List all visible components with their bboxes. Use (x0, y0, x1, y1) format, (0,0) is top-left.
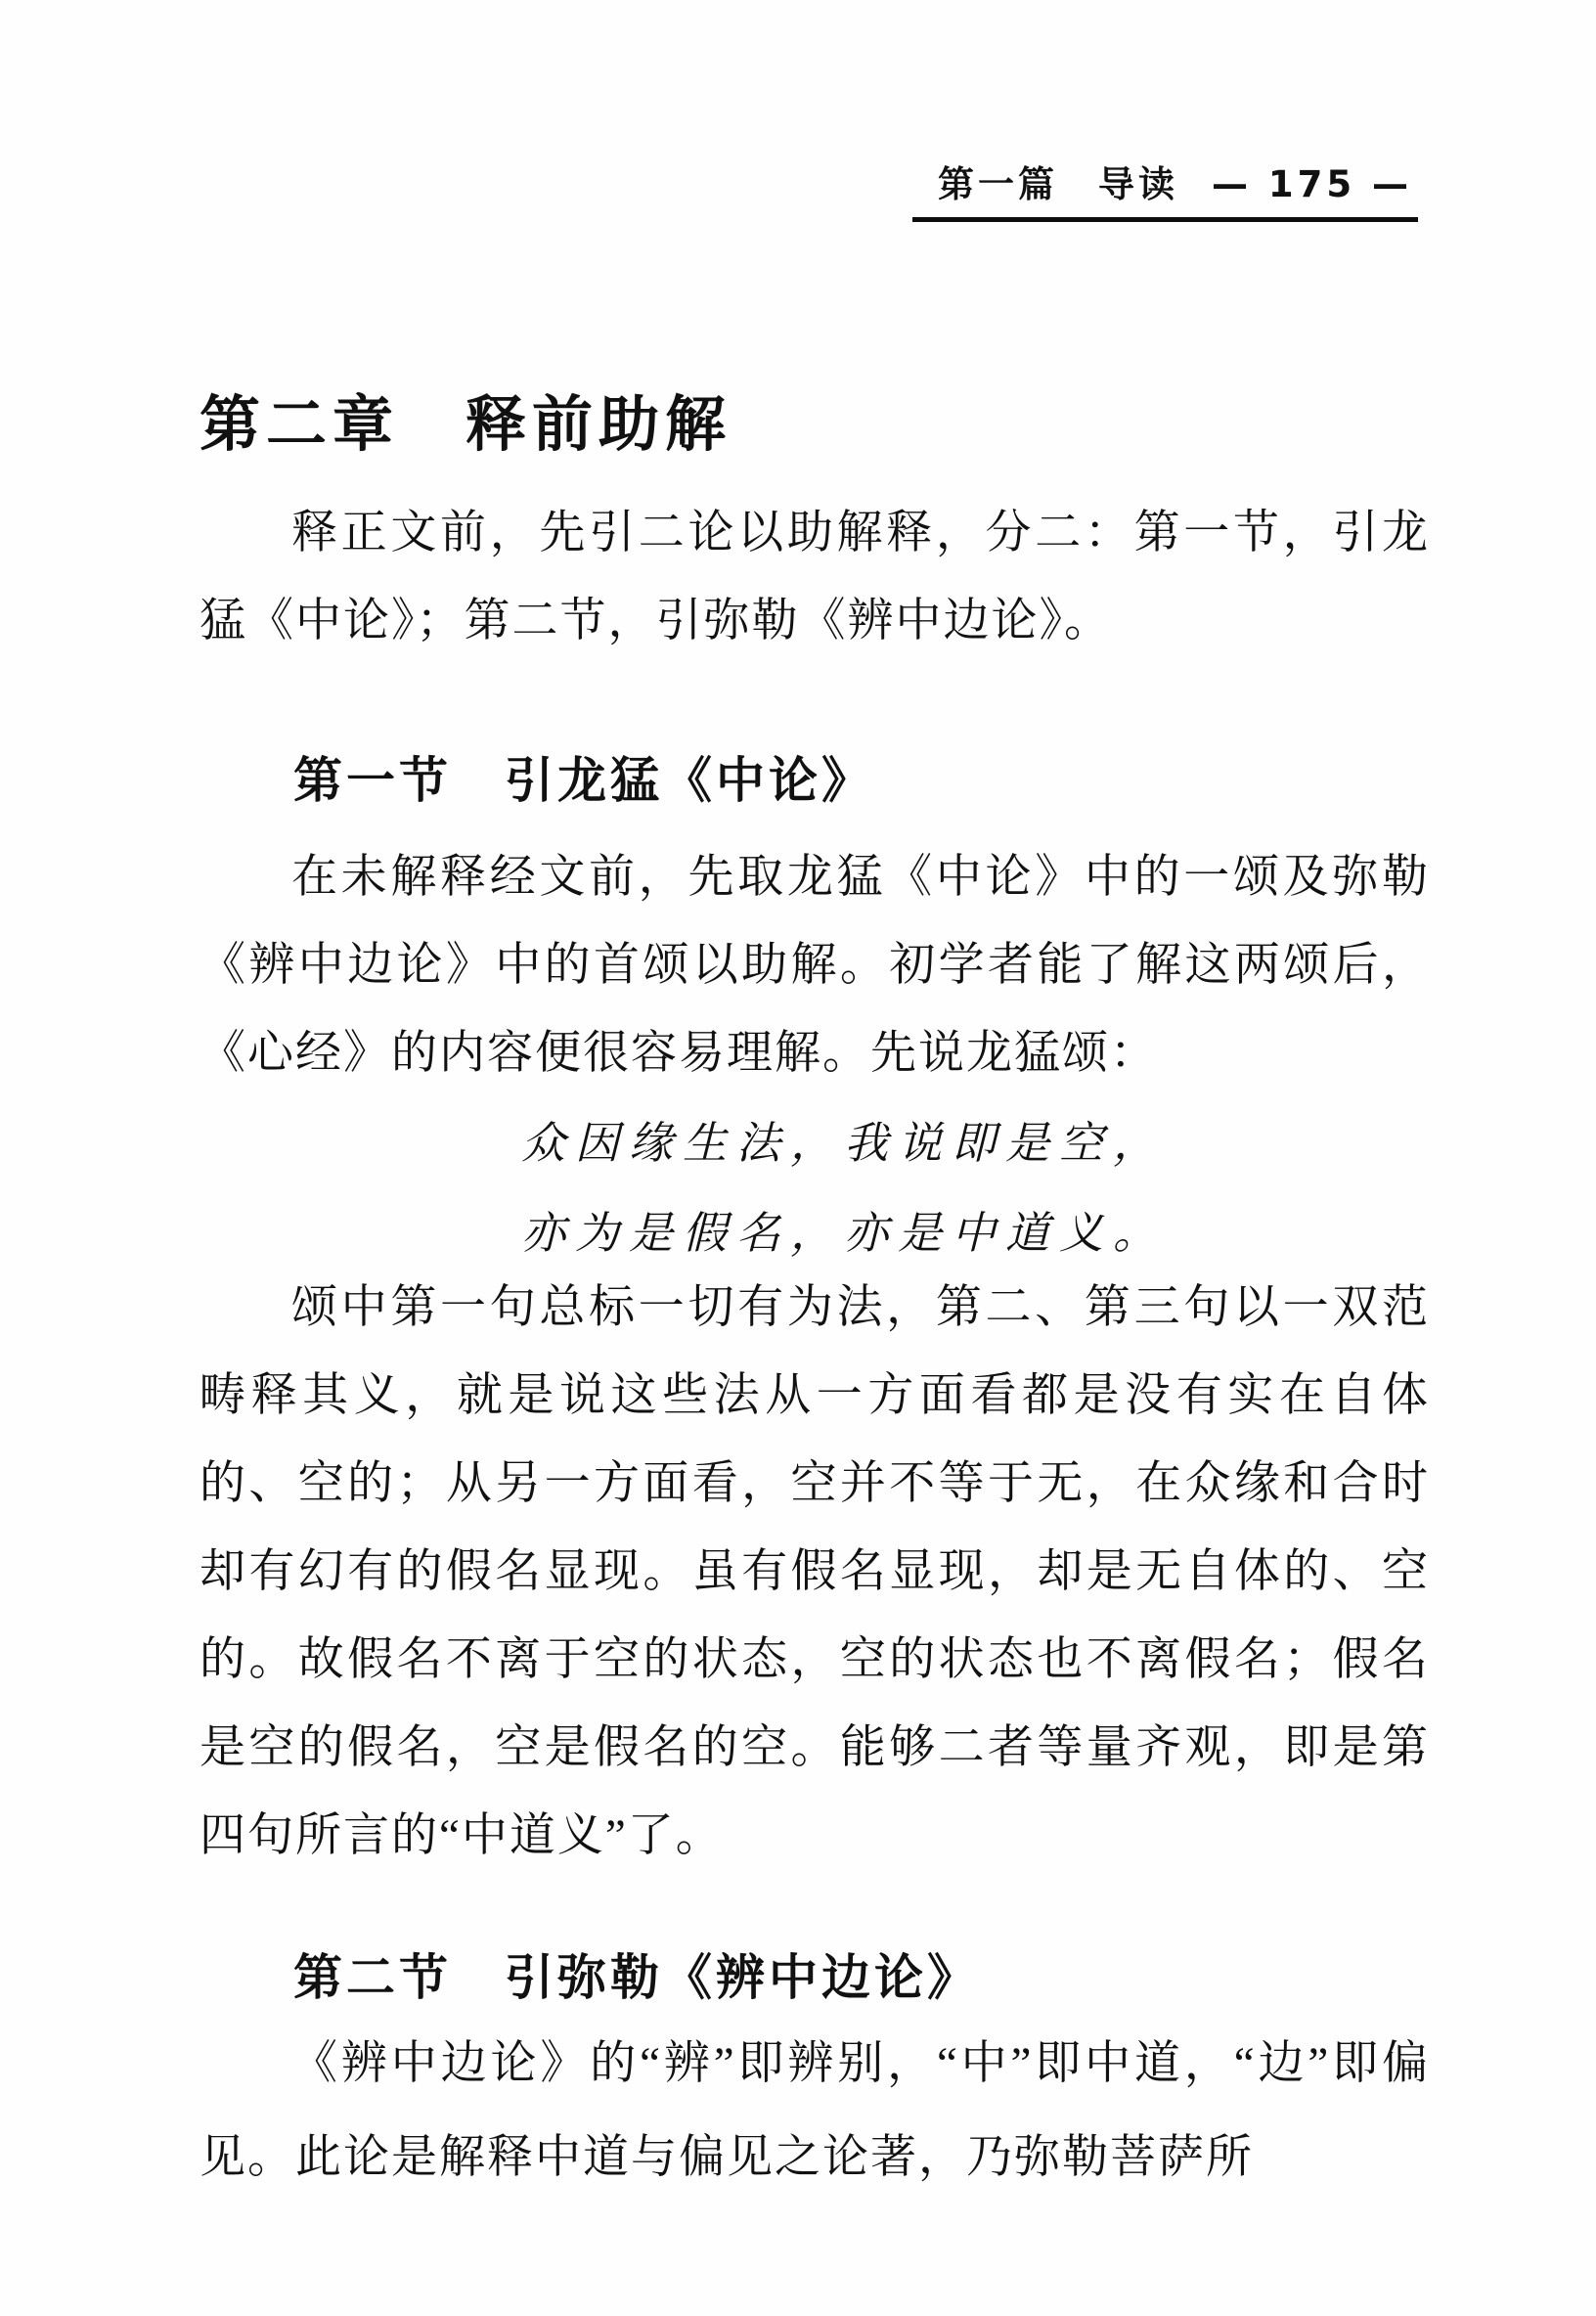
page-number: — 175 — (1212, 163, 1412, 205)
book-page: 第一篇 导读— 175 — 第二章 释前助解 释正文前，先引二论以助解释，分二：… (0, 0, 1596, 2316)
section2-heading-block: 第二节 引弥勒《辨中边论》 (199, 1938, 1430, 2009)
verse-block: 众因缘生法，我说即是空， 亦为是假名，亦是中道义。 (199, 1093, 1430, 1273)
running-head-section: 第一篇 导读 (938, 163, 1178, 205)
commentary-paragraph-block: 颂中第一句总标一切有为法，第二、第三句以一双范畴释其义，就是说这些法从一方面看都… (199, 1264, 1430, 1880)
chapter-title: 第二章 释前助解 (199, 376, 731, 463)
intro-paragraph: 释正文前，先引二论以助解释，分二：第一节，引龙猛《中论》；第二节，引弥勒《辨中边… (199, 489, 1430, 665)
section1-heading-block: 第一节 引龙猛《中论》 (199, 741, 1430, 812)
section1-paragraph: 在未解释经文前，先取龙猛《中论》中的一颂及弥勒《辨中边论》中的首颂以助解。初学者… (199, 833, 1430, 1097)
commentary-paragraph: 颂中第一句总标一切有为法，第二、第三句以一双范畴释其义，就是说这些法从一方面看都… (199, 1264, 1430, 1880)
section2-paragraph-block: 《辨中边论》的“辨”即辨别，“中”即中道，“边”即偏见。此论是解释中道与偏见之论… (199, 2017, 1430, 2205)
section1-heading: 第一节 引龙猛《中论》 (293, 741, 1430, 812)
section2-paragraph: 《辨中边论》的“辨”即辨别，“中”即中道，“边”即偏见。此论是解释中道与偏见之论… (199, 2017, 1430, 2205)
verse-line-2: 亦为是假名，亦是中道义。 (258, 1193, 1430, 1273)
running-head: 第一篇 导读— 175 — (912, 155, 1418, 222)
verse-line-1: 众因缘生法，我说即是空， (258, 1103, 1430, 1183)
running-head-text: 第一篇 导读— 175 — (912, 155, 1418, 222)
section2-heading: 第二节 引弥勒《辨中边论》 (293, 1938, 1430, 2009)
intro-paragraph-block: 释正文前，先引二论以助解释，分二：第一节，引龙猛《中论》；第二节，引弥勒《辨中边… (199, 489, 1430, 665)
section1-paragraph-block: 在未解释经文前，先取龙猛《中论》中的一颂及弥勒《辨中边论》中的首颂以助解。初学者… (199, 833, 1430, 1097)
